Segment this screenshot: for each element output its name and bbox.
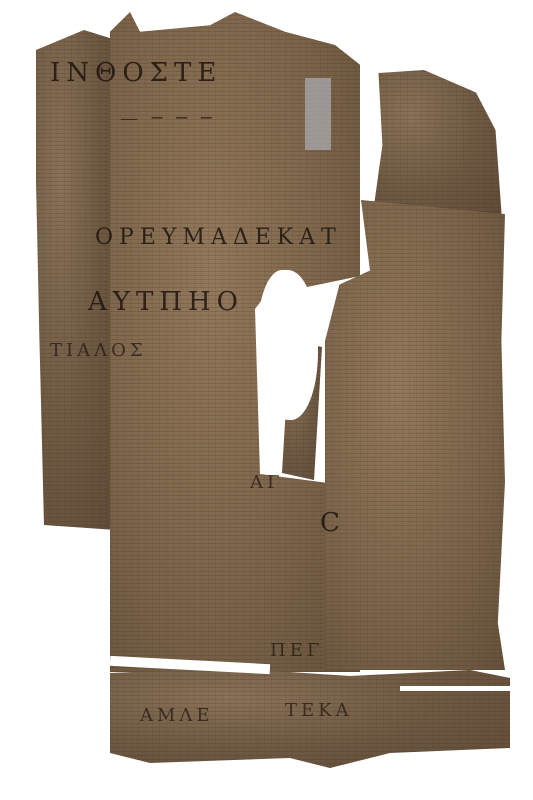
ink-line-10: ΑΜΛΕ	[140, 705, 214, 726]
ink-line-2: — ─ ─ ─	[120, 108, 216, 129]
central-hole	[258, 270, 318, 420]
ink-line-5: ΤΙΑΛΟΣ	[50, 340, 147, 361]
papyrus-right-upper	[372, 70, 502, 220]
ink-line-7: Ϲ	[320, 508, 346, 538]
papyrus-left-panel	[36, 30, 116, 530]
right-tear	[400, 686, 510, 691]
ink-line-8: ΠΕΓ	[270, 640, 323, 661]
ink-line-9: ΤΕΚΑ	[285, 700, 353, 721]
ink-line-1: ΙΝΘΟΣΤΕ	[50, 58, 222, 88]
ink-line-6: ΑΓ	[250, 472, 284, 493]
ink-line-4: ΑΥΤΠΗΟ	[88, 287, 244, 317]
repair-tape	[305, 78, 331, 150]
ink-line-3: ΟΡΕΥΜΑΔΕΚΑΤ	[95, 225, 342, 250]
